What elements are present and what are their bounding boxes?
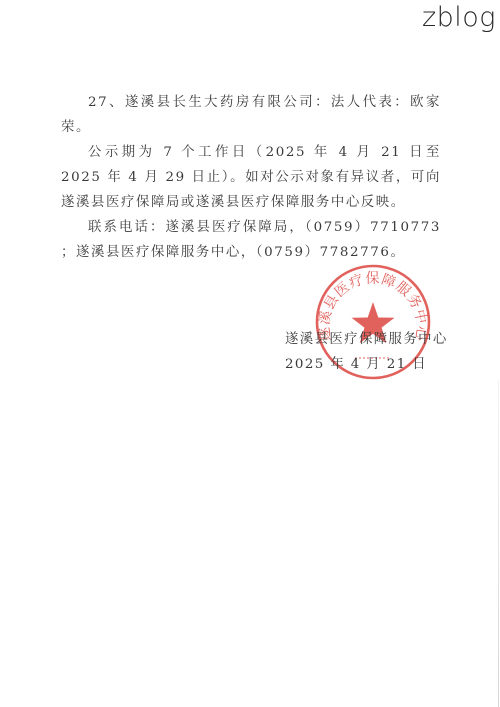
paragraph-contact: 联系电话：遂溪县医疗保障局，（0759）7710773 ；遂溪县医疗保障服务中心… [61, 215, 441, 265]
watermark: zblog [422, 2, 496, 33]
scan-edge [498, 380, 499, 707]
signature-organization: 遂溪县医疗保障服务中心 [285, 327, 437, 352]
signature-block: 遂溪县医疗保障服务中心 2025 年 4 月 21 日 [285, 327, 445, 377]
paragraph-item-27: 27、遂溪县长生大药房有限公司：法人代表：欧家荣。 [61, 90, 441, 140]
document-body: 27、遂溪县长生大药房有限公司：法人代表：欧家荣。 公示期为 7 个工作日（20… [61, 90, 441, 265]
paragraph-notice-period: 公示期为 7 个工作日（2025 年 4 月 21 日至 2025 年 4 月 … [61, 140, 441, 215]
signature-date: 2025 年 4 月 21 日 [285, 352, 417, 377]
